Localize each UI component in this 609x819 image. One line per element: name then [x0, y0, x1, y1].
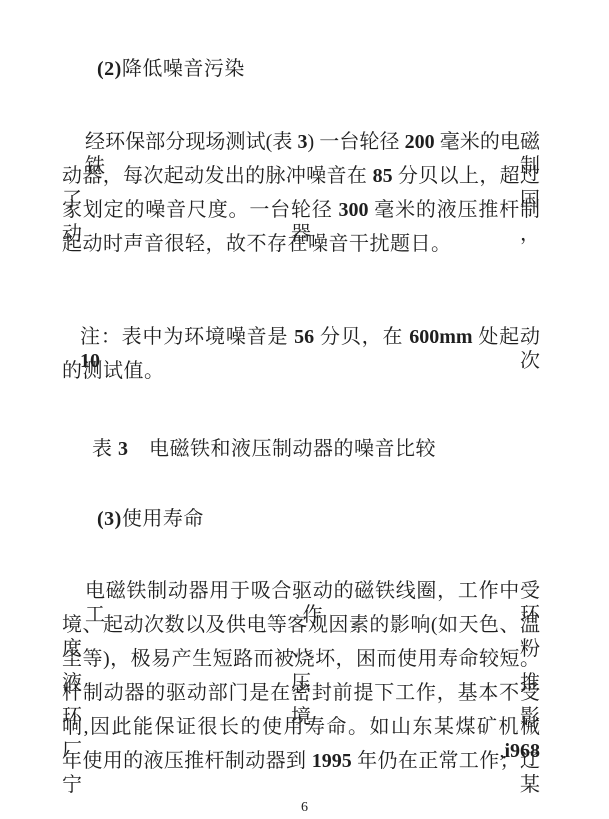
page-number: 6 [0, 800, 609, 816]
text-run: 起动时声音很轻，故不存在噪音干扰题日。 [62, 233, 452, 255]
text-run: 注：表中为环境噪音是 [80, 326, 294, 348]
text-run: 使用寿命 [122, 508, 204, 530]
text-run: 动器，每次起动发出的脉冲噪音在 [62, 165, 373, 187]
text-run: 降低噪音污染 [122, 58, 245, 80]
bold-number: 85 [373, 165, 393, 187]
text-run: 电磁铁和液压制动器的噪音比较 [129, 438, 437, 460]
text-run: 家划定的噪音尺度。一台轮径 [62, 199, 338, 221]
bold-number: 3 [118, 438, 129, 460]
text-run: 处起动 [473, 326, 541, 348]
note-line-2: 的测试值。 [62, 359, 165, 383]
bold-number: 3 [298, 131, 308, 153]
text-run: 次 [100, 350, 540, 372]
text-run: 分贝，在 [314, 326, 409, 348]
bold-number: (3) [97, 508, 122, 530]
bold-number: 600mm [409, 326, 472, 348]
bold-number: 300 [338, 199, 368, 221]
section-heading-3: (3)使用寿命 [97, 507, 204, 531]
document-page: (2)降低噪音污染 经环保部分现场测试(表 3) 一台轮径 200 毫米的电磁铁… [0, 0, 609, 819]
text-run: 的测试值。 [62, 360, 165, 382]
bold-number: 56 [294, 326, 314, 348]
text-run: 年使用的液压推杆制动器到 [62, 750, 312, 772]
bold-number: 200 [405, 131, 435, 153]
section-heading-2: (2)降低噪音污染 [97, 57, 245, 81]
text-run: ) 一台轮径 [308, 131, 405, 153]
paragraph-2-line-6: 年使用的液压推杆制动器到 1995 年仍在正常工作；辽宁某 [62, 749, 540, 797]
bold-number: (2) [97, 58, 122, 80]
bold-number: 1995 [312, 750, 352, 772]
text-run: 经环保部分现场测试(表 [85, 131, 298, 153]
text-run: 表 [92, 438, 118, 460]
table-3-caption: 表 3 电磁铁和液压制动器的噪音比较 [92, 437, 436, 461]
paragraph-1-line-4: 起动时声音很轻，故不存在噪音干扰题日。 [62, 232, 452, 256]
